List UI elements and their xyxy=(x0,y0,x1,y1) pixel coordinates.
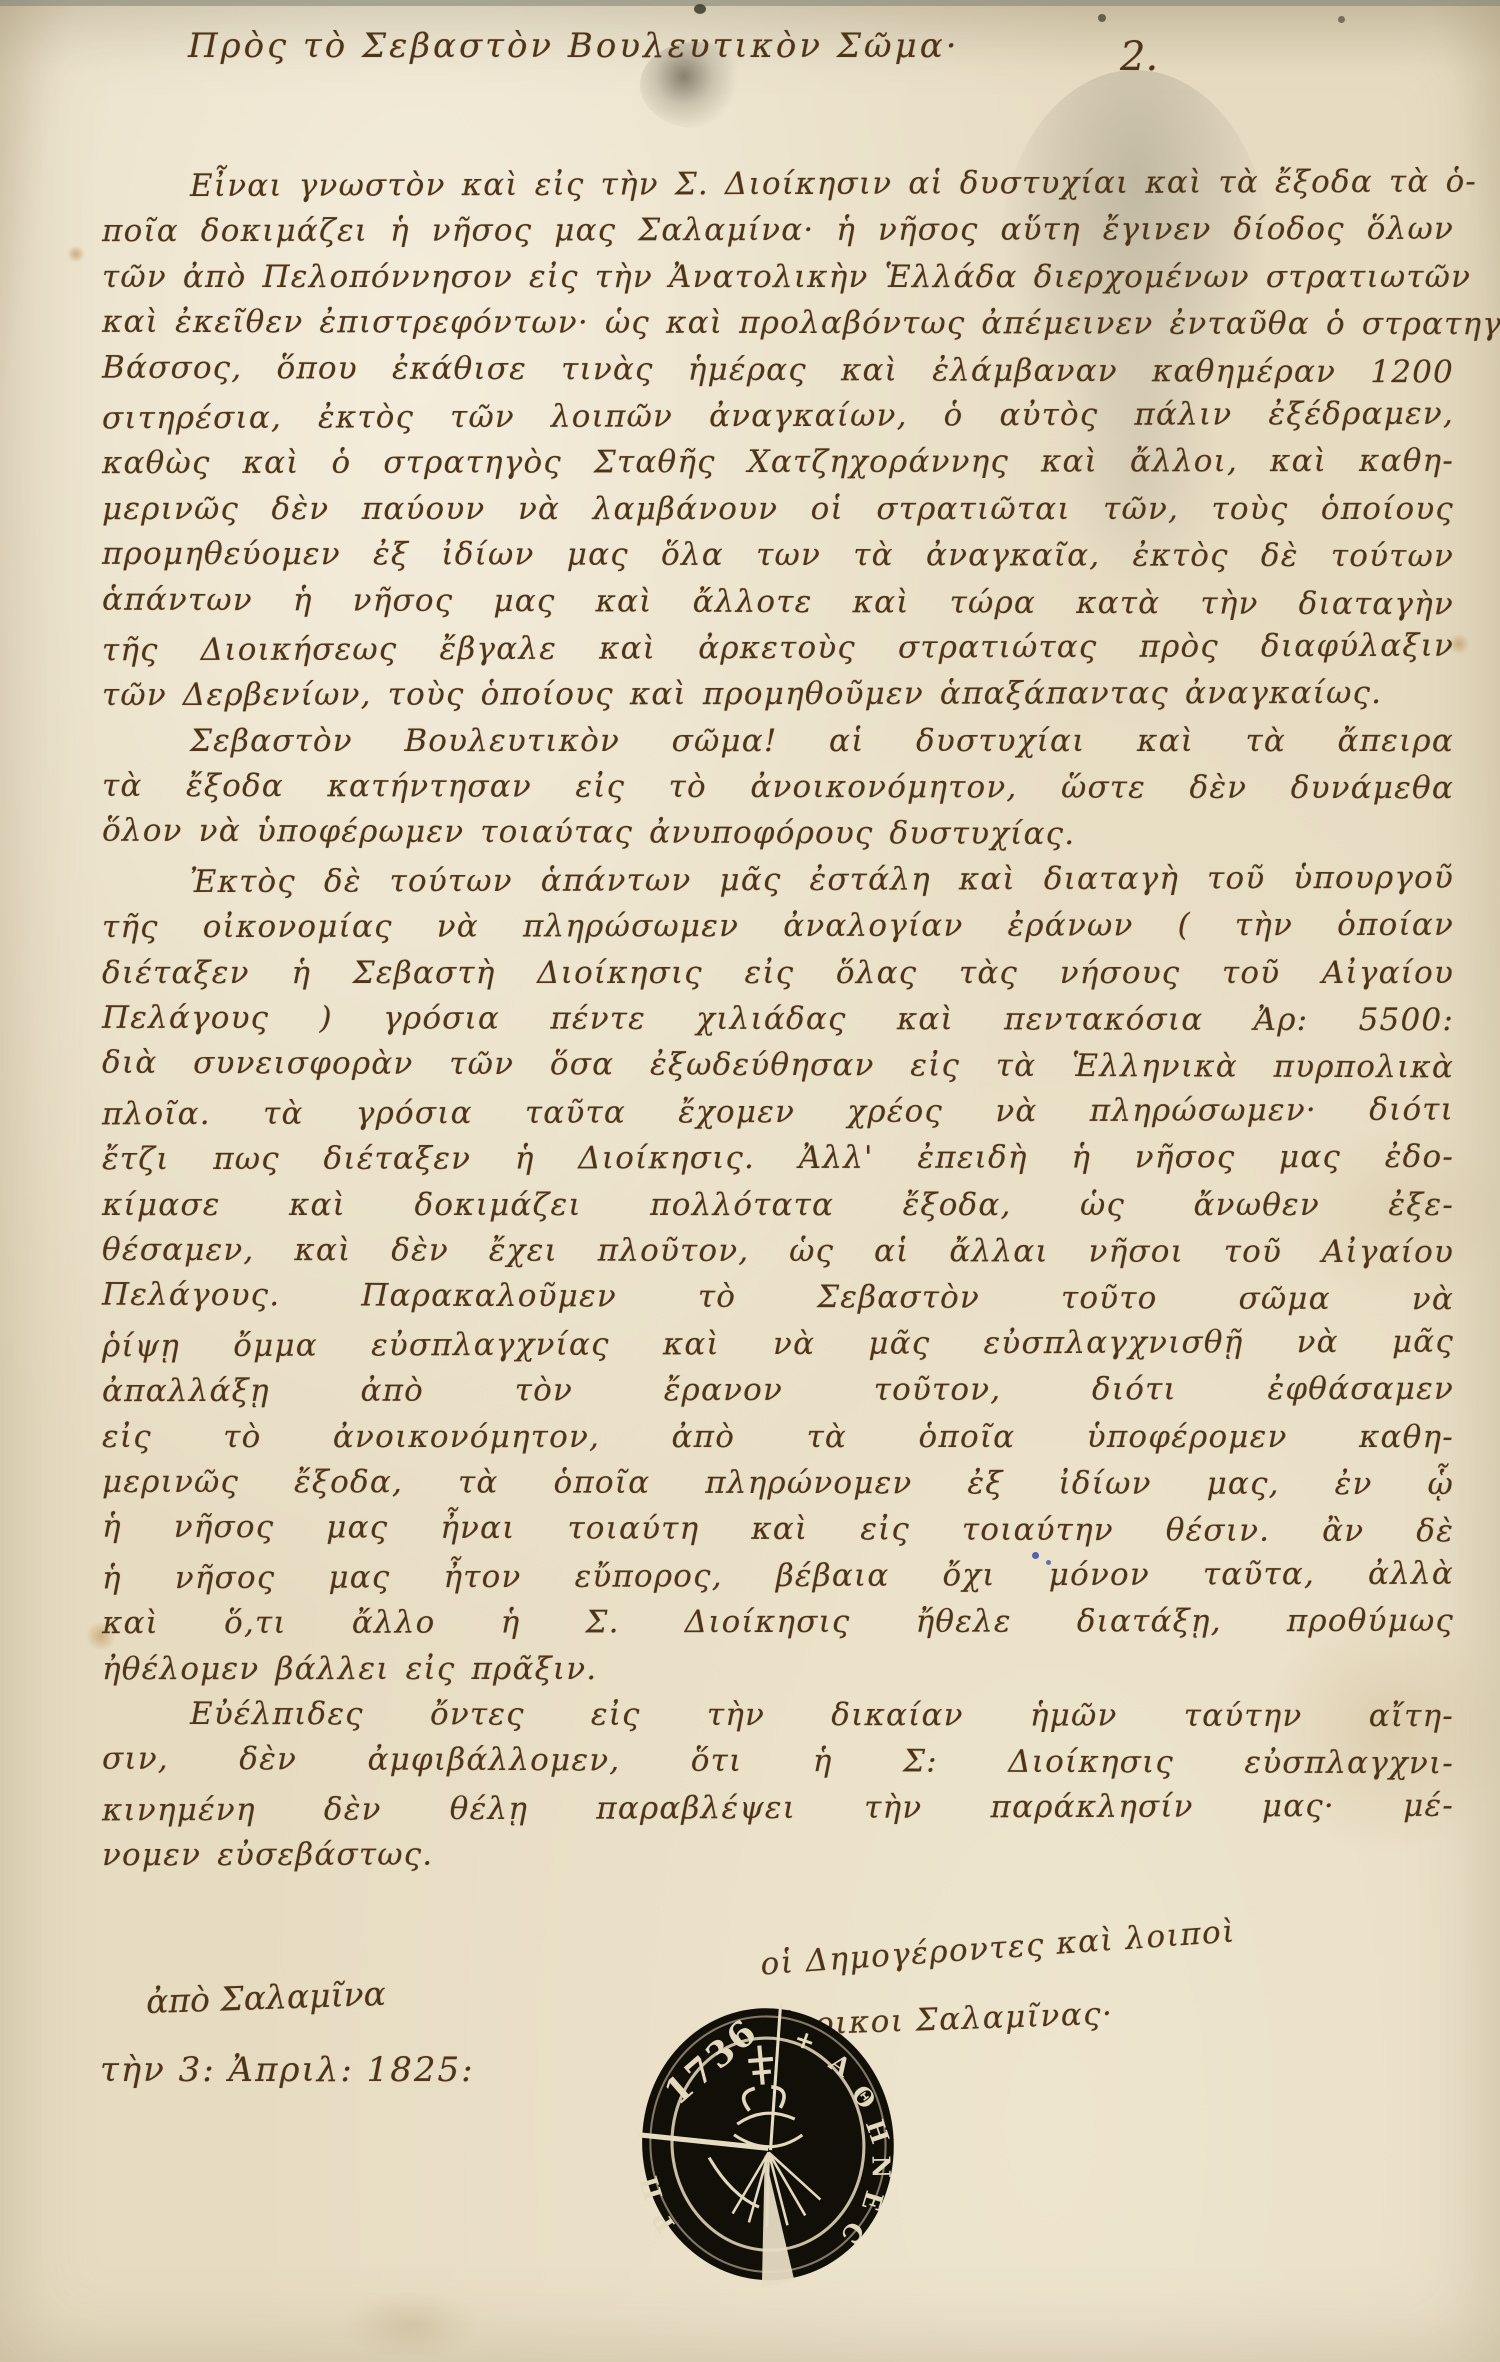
manuscript-line: νομεν εὐσεβάστως. xyxy=(102,1835,1454,1884)
manuscript-line: διέταξεν ἡ Σεβαστὴ Διοίκησις εἰς ὅλας τὰ… xyxy=(102,955,1454,1001)
manuscript-line: τῆς Διοικήσεως ἔβγαλε καὶ ἀρκετοὺς στρατ… xyxy=(102,628,1454,679)
ink-fleck xyxy=(1098,14,1106,22)
manuscript-line: διὰ συνεισφορὰν τῶν ὅσα ἐξωδεύθησαν εἰς … xyxy=(102,1045,1454,1096)
manuscript-line: καὶ ὅ,τι ἄλλο ἡ Σ. Διοίκησις ἤθελε διατά… xyxy=(102,1603,1454,1652)
manuscript-line: ἡ νῆσος μας ἦναι τοιαύτη καὶ εἰς τοιαύτη… xyxy=(102,1509,1454,1560)
manuscript-line: ῥίψῃ ὄμμα εὐσπλαγχνίας καὶ νὰ μᾶς εὐσπλα… xyxy=(102,1323,1454,1374)
manuscript-line: σιν, δὲν ἀμφιβάλλομεν, ὅτι ἡ Σ: Διοίκησι… xyxy=(102,1741,1454,1792)
manuscript-line: Εὐέλπιδες ὄντες εἰς τὴν δικαίαν ἡμῶν ταύ… xyxy=(102,1696,1454,1745)
letter-body: Εἶναι γνωστὸν καὶ εἰς τὴν Σ. Διοίκησιν α… xyxy=(102,166,1454,1882)
manuscript-line: τῆς οἰκονομίας νὰ πληρώσωμεν ἀναλογίαν ἐ… xyxy=(102,907,1454,956)
manuscript-line: ἁπάντων ἡ νῆσος μας καὶ ἄλλοτε καὶ τώρα … xyxy=(102,581,1454,632)
manuscript-line: τὰ ἔξοδα κατήντησαν εἰς τὸ ἀνοικονόμητον… xyxy=(102,768,1454,817)
manuscript-line: θέσαμεν, καὶ δὲν ἔχει πλοῦτον, ὡς αἱ ἄλλ… xyxy=(102,1232,1454,1281)
date-line: τὴν 3: Ἀπριλ: 1825: xyxy=(100,2050,475,2090)
athens-seal-stamp: 1736 + xyxy=(624,1987,916,2301)
manuscript-line: ὅλον νὰ ὑποφέρωμεν τοιαύτας ἀνυποφόρους … xyxy=(102,813,1454,864)
manuscript-line: σιτηρέσια, ἐκτὸς τῶν λοιπῶν ἀναγκαίων, ὁ… xyxy=(102,396,1454,447)
manuscript-line: ἡ νῆσος μας ἦτον εὔπορος, βέβαια ὄχι μόν… xyxy=(102,1555,1454,1606)
page-number: 2. xyxy=(1120,34,1158,80)
manuscript-line: ποῖα δοκιμάζει ἡ νῆσος μας Σαλαμίνα· ἡ ν… xyxy=(102,211,1454,260)
foxing-spot xyxy=(66,246,86,262)
manuscript-line: τῶν Δερβενίων, τοὺς ὁποίους καὶ προμηθοῦ… xyxy=(102,675,1454,724)
manuscript-line: Εἶναι γνωστὸν καὶ εἰς τὴν Σ. Διοίκησιν α… xyxy=(102,164,1454,215)
brown-stain xyxy=(340,2290,480,2360)
seal-letter: Ν xyxy=(866,2155,895,2178)
manuscript-line: κίμασε καὶ δοκιμάζει πολλότατα ἔξοδα, ὡς… xyxy=(102,1187,1454,1233)
manuscript-line: καθὼς καὶ ὁ στρατηγὸς Σταθῆς Χατζηχοράνν… xyxy=(102,443,1454,492)
document-title: Πρὸς τὸ Σεβαστὸν Βουλευτικὸν Σῶμα· xyxy=(188,26,918,66)
manuscript-line: ἠθέλομεν βάλλει εἰς πρᾶξιν. xyxy=(102,1651,1454,1697)
manuscript-line: προμηθεύομεν ἐξ ἰδίων μας ὅλα των τὰ ἀνα… xyxy=(102,536,1454,585)
place-line: ἀπὸ Σαλαμῖνα xyxy=(145,1974,386,2021)
manuscript-line: πλοῖα. τὰ γρόσια ταῦτα ἔχομεν χρέος νὰ π… xyxy=(102,1091,1454,1142)
ink-fleck xyxy=(1338,16,1345,23)
manuscript-line: μερινῶς δὲν παύουν νὰ λαμβάνουν οἱ στρατ… xyxy=(102,491,1454,537)
manuscript-line: ἔτζι πως διέταξεν ἡ Διοίκησις. Ἀλλ' ἐπει… xyxy=(102,1139,1454,1188)
signature-line: οἱ Δημογέροντες καὶ λοιποὶ xyxy=(759,1913,1237,1982)
manuscript-line: μερινῶς ἔξοδα, τὰ ὁποῖα πληρώνομεν ἐξ ἰδ… xyxy=(102,1464,1454,1513)
manuscript-line: Πελάγους. Παρακαλοῦμεν τὸ Σεβαστὸν τοῦτο… xyxy=(102,1277,1454,1328)
manuscript-line: τῶν ἀπὸ Πελοπόννησον εἰς τὴν Ἀνατολικὴν … xyxy=(102,259,1454,305)
manuscript-page: Πρὸς τὸ Σεβαστὸν Βουλευτικὸν Σῶμα· 2. Εἶ… xyxy=(0,0,1500,2362)
manuscript-line: Πελάγους ) γρόσια πέντε χιλιάδας καὶ πεν… xyxy=(102,1000,1454,1049)
scan-edge-strip xyxy=(0,0,1500,6)
manuscript-line: ἀπαλλάξῃ ἀπὸ τὸν ἔρανον τοῦτον, διότι ἐφ… xyxy=(102,1371,1454,1420)
manuscript-line: καὶ ἐκεῖθεν ἐπιστρεφόντων· ὡς καὶ προλαβ… xyxy=(102,304,1454,353)
manuscript-line: Βάσσος, ὅπου ἐκάθισε τινὰς ἡμέρας καὶ ἐλ… xyxy=(102,349,1454,400)
manuscript-line: Σεβαστὸν Βουλευτικὸν σῶμα! αἱ δυστυχίαι … xyxy=(102,723,1454,769)
manuscript-line: εἰς τὸ ἀνοικονόμητον, ἀπὸ τὰ ὁποῖα ὑποφέ… xyxy=(102,1419,1454,1465)
manuscript-line: κινημένη δὲν θέλῃ παραβλέψει τὴν παράκλη… xyxy=(102,1787,1454,1838)
manuscript-line: Ἐκτὸς δὲ τούτων ἁπάντων μᾶς ἐστάλη καὶ δ… xyxy=(102,859,1454,910)
